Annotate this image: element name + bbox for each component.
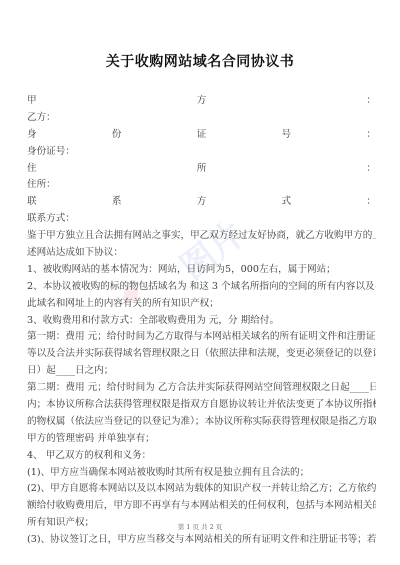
paragraph-line: 的物权属（依法应当登记的以登记为准）；本协议所称实际获得管理权限是指乙方取得 bbox=[27, 414, 376, 431]
id-number-label: 身份证号： bbox=[27, 144, 376, 161]
field-char: 证 bbox=[197, 127, 207, 144]
field-char: 所 bbox=[197, 161, 207, 178]
field-char: 联 bbox=[27, 194, 37, 211]
paragraph-line: 额给付收购费用后，甲方即不再享有与本网站相关的任何权利，包括与本网站相关的 bbox=[27, 498, 376, 515]
field-char: 方 bbox=[197, 93, 207, 110]
page-number: 第 1 页 共 2 页 bbox=[0, 522, 400, 531]
field-char: ： bbox=[366, 194, 376, 211]
paragraph-line: 第二期：费用 元；给付时间为 乙方合法并实际获得网站空间管理权限之日起____日… bbox=[27, 380, 376, 397]
paragraph-line: (1)、甲方应当确保本网站被收购时其所有权是独立拥有且合法的； bbox=[27, 465, 376, 482]
paragraph-line: 述网站达成如下协议： bbox=[27, 245, 376, 262]
document-title: 关于收购网站域名合同协议书 bbox=[0, 51, 400, 71]
field-char: ： bbox=[366, 161, 376, 178]
document-body: 甲 方 ： 乙方： 身 份 证 号 ： 身份证号： 住 所 ： 住所： 联 系 … bbox=[27, 93, 376, 549]
paragraph-line: 鉴于甲方独立且合法拥有网站之事实，甲乙双方经过友好协商，就乙方收购甲方的上 bbox=[27, 228, 376, 245]
field-char: 住 bbox=[27, 161, 37, 178]
field-char: ： bbox=[366, 93, 376, 110]
contact-label: 联系方式： bbox=[27, 211, 376, 228]
party-b-label: 乙方： bbox=[27, 110, 376, 127]
paragraph-line: 4、 甲乙双方的权利和义务： bbox=[27, 448, 376, 465]
paragraph-line: 1、被收购网站的基本情况为：网站，日访问为5，000左右，属于网站； bbox=[27, 262, 376, 279]
paragraph-line: 第一期：费用 元；给付时间为乙方取得与本网站相关域名的所有证明文件和注册证书 bbox=[27, 329, 376, 346]
address-label: 住所： bbox=[27, 177, 376, 194]
field-char: ： bbox=[366, 127, 376, 144]
paragraph-line: 此域名和网址上的内容有关的所有知识产权； bbox=[27, 296, 376, 313]
contact-field: 联 系 方 式 ： bbox=[27, 194, 376, 211]
field-char: 身 bbox=[27, 127, 37, 144]
party-a-field: 甲 方 ： bbox=[27, 93, 376, 110]
paragraph-line: 内；本协议所称合法获得管理权限是指双方自愿协议转让并依法变更了本协议所指标 bbox=[27, 397, 376, 414]
paragraph-line: 3、收购费用和付款方式：全部收购费用为 元，分 期给付。 bbox=[27, 313, 376, 330]
paragraph-line: 日）起____日之内； bbox=[27, 363, 376, 380]
paragraph-line: (2)、甲方自愿将本网站以及以本网站为载体的知识产权一并转让给乙方；乙方依约足 bbox=[27, 481, 376, 498]
field-char: 系 bbox=[112, 194, 122, 211]
paragraph-line: 甲方的管理密码 并单独享有； bbox=[27, 431, 376, 448]
field-char: 式 bbox=[282, 194, 292, 211]
field-char: 份 bbox=[112, 127, 122, 144]
field-char: 号 bbox=[282, 127, 292, 144]
paragraph-line: (3)、协议签订之日，甲方应当移交与本网站相关的所有证明文件和注册证书等；若需 bbox=[27, 532, 376, 549]
document-page: 图片 ◆ 关于收购网站域名合同协议书 甲 方 ： 乙方： 身 份 证 号 ： 身… bbox=[0, 0, 400, 565]
address-field: 住 所 ： bbox=[27, 161, 376, 178]
paragraph-line: 等以及合法并实际获得域名管理权限之日（依照法律和法规，变更必须登记的以登记之 bbox=[27, 346, 376, 363]
paragraph-line: 2、本协议被收购的标的物包括域名为 和这 3 个域名所指向的空间的所有内容以及与 bbox=[27, 279, 376, 296]
id-number-field: 身 份 证 号 ： bbox=[27, 127, 376, 144]
field-char: 甲 bbox=[27, 93, 37, 110]
field-char: 方 bbox=[197, 194, 207, 211]
